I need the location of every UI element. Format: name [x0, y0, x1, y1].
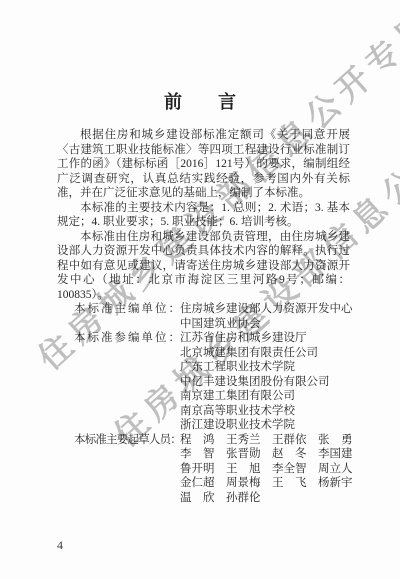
unit-name: 浙江建设职业技术学院: [180, 418, 350, 433]
unit-name: 江苏省住房和城乡建设厅: [180, 331, 350, 346]
document-page: 住房城乡建设部信息公开专用 住房城乡建设部信息公开专用 前 言 根据住房和城乡建…: [0, 0, 400, 579]
page-title: 前 言: [0, 0, 400, 114]
drafters-row: 鲁开明 王 旭 李全智 周立人: [180, 462, 353, 477]
paragraph-management: 本标准由住房和城乡建设部负责管理，由住房城乡建设部人力资源开发中心负责具体技术内…: [57, 230, 350, 303]
drafters-names: 程 鸿 王秀兰 王群依 张 勇 李 智 张晋勋 赵 冬 李国建 鲁开明 王 旭 …: [180, 433, 353, 506]
unit-name: 南京高等职业技术学校: [180, 404, 350, 419]
unit-name: 北京城建集团有限责任公司: [180, 346, 350, 361]
unit-name: 住房城乡建设部人力资源开发中心: [180, 302, 353, 317]
drafters-row: 温 欣 孙群伦: [180, 491, 353, 506]
participating-editor-label: 本标准参编单位：: [74, 331, 180, 433]
participating-editor-units: 江苏省住房和城乡建设厅 北京城建集团有限责任公司 广东工程职业技术学院 中亿丰建…: [180, 331, 350, 433]
drafters-section: 本标准主要起草人员： 程 鸿 王秀兰 王群依 张 勇 李 智 张晋勋 赵 冬 李…: [57, 433, 350, 506]
chief-editor-section: 本标准主编单位： 住房城乡建设部人力资源开发中心 中国建筑业协会: [57, 302, 350, 331]
paragraph-basis: 根据住房和城乡建设部标准定额司《关于同意开展〈古建筑工职业技能标准〉等四项工程建…: [57, 128, 350, 201]
chief-editor-units: 住房城乡建设部人力资源开发中心 中国建筑业协会: [180, 302, 353, 331]
drafters-row: 程 鸿 王秀兰 王群依 张 勇: [180, 433, 353, 448]
unit-name: 中国建筑业协会: [180, 317, 353, 332]
unit-name: 广东工程职业技术学院: [180, 360, 350, 375]
chief-editor-label: 本标准主编单位：: [74, 302, 180, 331]
paragraph-technical-contents: 本标准的主要技术内容是：1. 总则；2. 术语；3. 基本规定；4. 职业要求；…: [57, 201, 350, 230]
page-number: 4: [57, 538, 63, 553]
unit-name: 南京建工集团有限公司: [180, 389, 350, 404]
preface-content: 根据住房和城乡建设部标准定额司《关于同意开展〈古建筑工职业技能标准〉等四项工程建…: [57, 128, 350, 505]
drafters-row: 李 智 张晋勋 赵 冬 李国建: [180, 447, 353, 462]
drafters-row: 金仁超 周景梅 王 飞 杨新宇: [180, 476, 353, 491]
unit-name: 中亿丰建设集团股份有限公司: [180, 375, 350, 390]
drafters-label: 本标准主要起草人员：: [74, 433, 180, 506]
participating-editor-section: 本标准参编单位： 江苏省住房和城乡建设厅 北京城建集团有限责任公司 广东工程职业…: [57, 331, 350, 433]
